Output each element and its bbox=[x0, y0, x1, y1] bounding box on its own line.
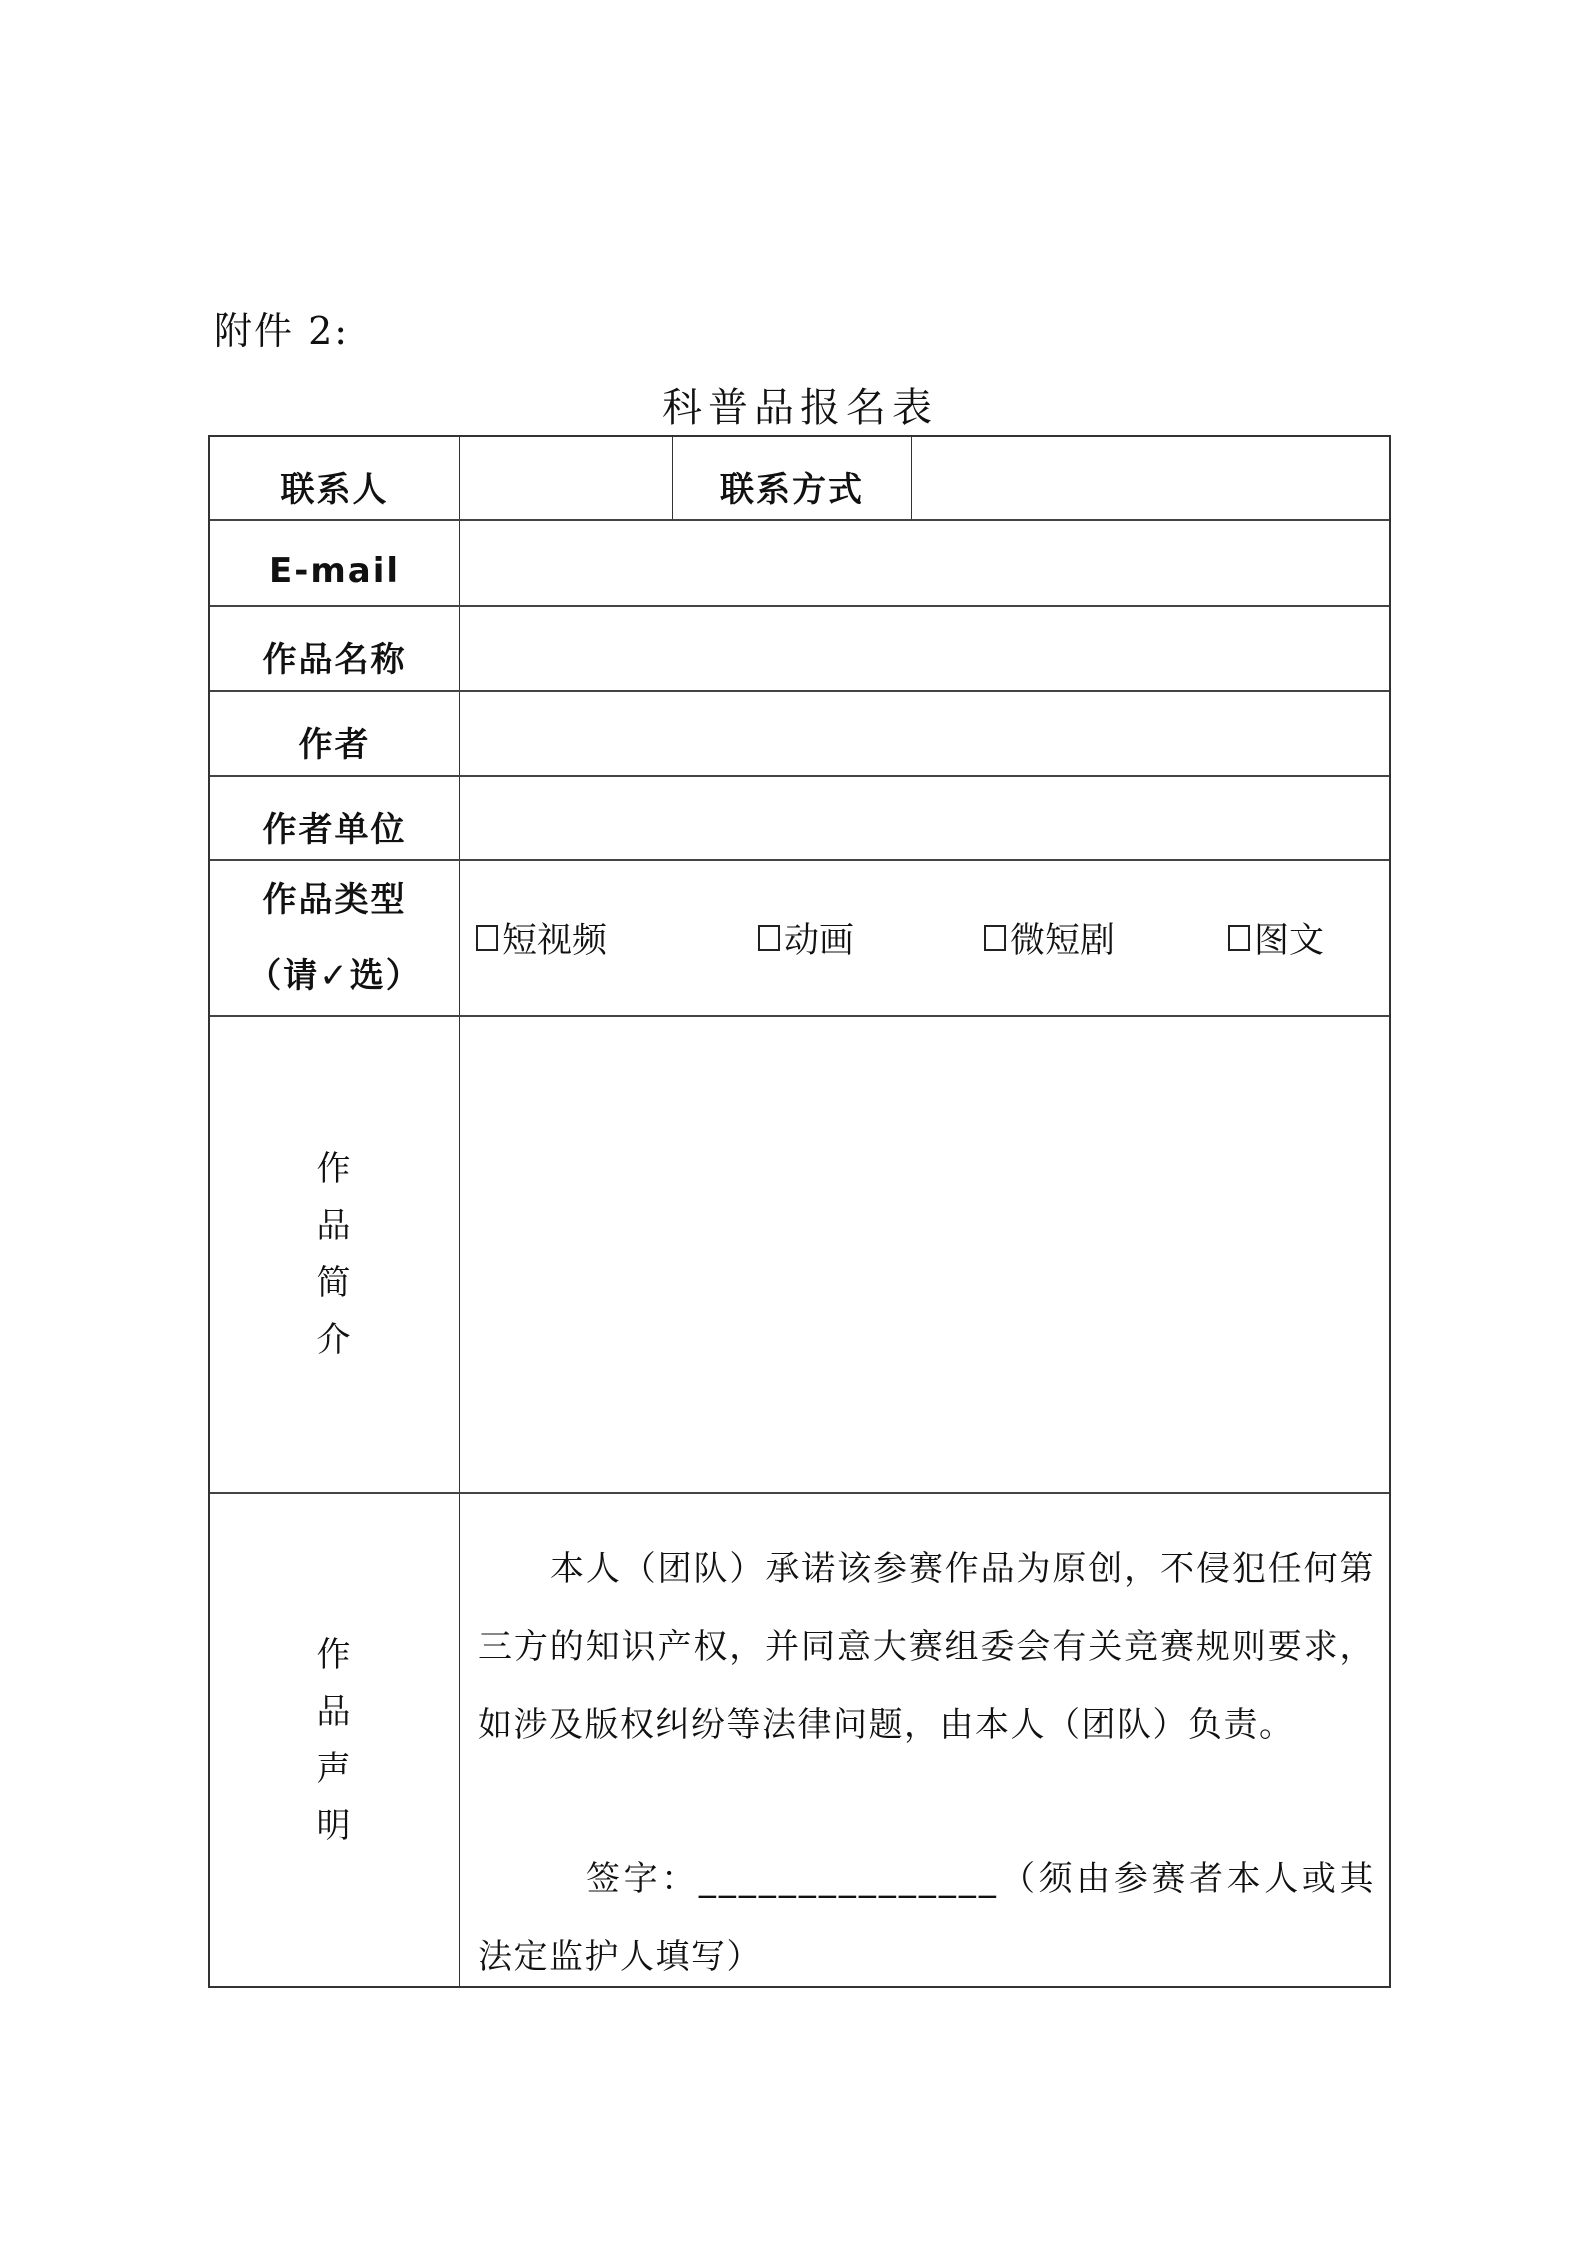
row-author: 作者 bbox=[210, 692, 1389, 777]
input-author[interactable] bbox=[460, 692, 1389, 775]
label-work-type-line1: 作品类型 bbox=[263, 862, 407, 938]
option-short-video-label: 短视频 bbox=[502, 913, 607, 963]
input-contact-method[interactable] bbox=[912, 437, 1389, 519]
checkbox-micro-drama[interactable] bbox=[984, 925, 1006, 951]
form-title: 科普品报名表 bbox=[0, 376, 1588, 433]
signature-field[interactable]: _______________ bbox=[699, 1859, 999, 1899]
checkbox-graphic-text[interactable] bbox=[1228, 925, 1250, 951]
checkbox-animation[interactable] bbox=[758, 925, 780, 951]
declaration-content: 本人（团队）承诺该参赛作品为原创，不侵犯任何第三方的知识产权，并同意大赛组委会有… bbox=[460, 1494, 1389, 1988]
label-contact-person: 联系人 bbox=[210, 437, 460, 519]
input-work-name[interactable] bbox=[460, 607, 1389, 690]
attachment-label: 附件 2: bbox=[214, 300, 349, 355]
row-work-type: 作品类型 （请✓选） 短视频 动画 微短剧 图文 bbox=[210, 861, 1389, 1017]
label-author-org: 作者单位 bbox=[210, 777, 460, 859]
input-work-summary[interactable] bbox=[460, 1017, 1389, 1492]
declaration-text: 本人（团队）承诺该参赛作品为原创，不侵犯任何第三方的知识产权，并同意大赛组委会有… bbox=[478, 1530, 1375, 1764]
label-work-type: 作品类型 （请✓选） bbox=[210, 861, 460, 1015]
label-work-name: 作品名称 bbox=[210, 607, 460, 690]
label-char: 声 bbox=[317, 1741, 353, 1798]
label-char: 品 bbox=[317, 1198, 353, 1255]
option-short-video[interactable]: 短视频 bbox=[476, 913, 607, 963]
option-micro-drama[interactable]: 微短剧 bbox=[984, 913, 1115, 963]
label-char: 品 bbox=[317, 1684, 353, 1741]
row-email: E-mail bbox=[210, 521, 1389, 607]
signature-label: 签字： bbox=[586, 1859, 699, 1899]
option-graphic-text-label: 图文 bbox=[1254, 913, 1324, 963]
option-animation-label: 动画 bbox=[784, 913, 854, 963]
label-char: 明 bbox=[317, 1798, 353, 1855]
option-animation[interactable]: 动画 bbox=[758, 913, 854, 963]
label-work-summary: 作 品 简 介 bbox=[210, 1017, 460, 1492]
label-char: 作 bbox=[317, 1141, 353, 1198]
row-work-summary: 作 品 简 介 bbox=[210, 1017, 1389, 1494]
label-email: E-mail bbox=[210, 521, 460, 605]
label-work-type-line2: （请✓选） bbox=[247, 938, 422, 1014]
label-char: 简 bbox=[317, 1255, 353, 1312]
option-micro-drama-label: 微短剧 bbox=[1010, 913, 1115, 963]
checkbox-short-video[interactable] bbox=[476, 925, 498, 951]
input-author-org[interactable] bbox=[460, 777, 1389, 859]
label-declaration: 作 品 声 明 bbox=[210, 1494, 460, 1988]
row-contact: 联系人 联系方式 bbox=[210, 437, 1389, 521]
row-author-org: 作者单位 bbox=[210, 777, 1389, 861]
input-contact-person[interactable] bbox=[460, 437, 673, 519]
input-email[interactable] bbox=[460, 521, 1389, 605]
row-declaration: 作 品 声 明 本人（团队）承诺该参赛作品为原创，不侵犯任何第三方的知识产权，并… bbox=[210, 1494, 1389, 1988]
label-contact-method: 联系方式 bbox=[673, 437, 912, 519]
row-work-name: 作品名称 bbox=[210, 607, 1389, 692]
registration-form-table: 联系人 联系方式 E-mail 作品名称 作者 作者单位 作品类型 （请✓选） … bbox=[208, 435, 1391, 1988]
label-char: 介 bbox=[317, 1312, 353, 1369]
label-char: 作 bbox=[317, 1627, 353, 1684]
signature-line: 签字：_______________（须由参赛者本人或其法定监护人填写） bbox=[478, 1840, 1375, 1996]
option-graphic-text[interactable]: 图文 bbox=[1228, 913, 1324, 963]
label-author: 作者 bbox=[210, 692, 460, 775]
work-type-options: 短视频 动画 微短剧 图文 bbox=[460, 861, 1389, 1015]
